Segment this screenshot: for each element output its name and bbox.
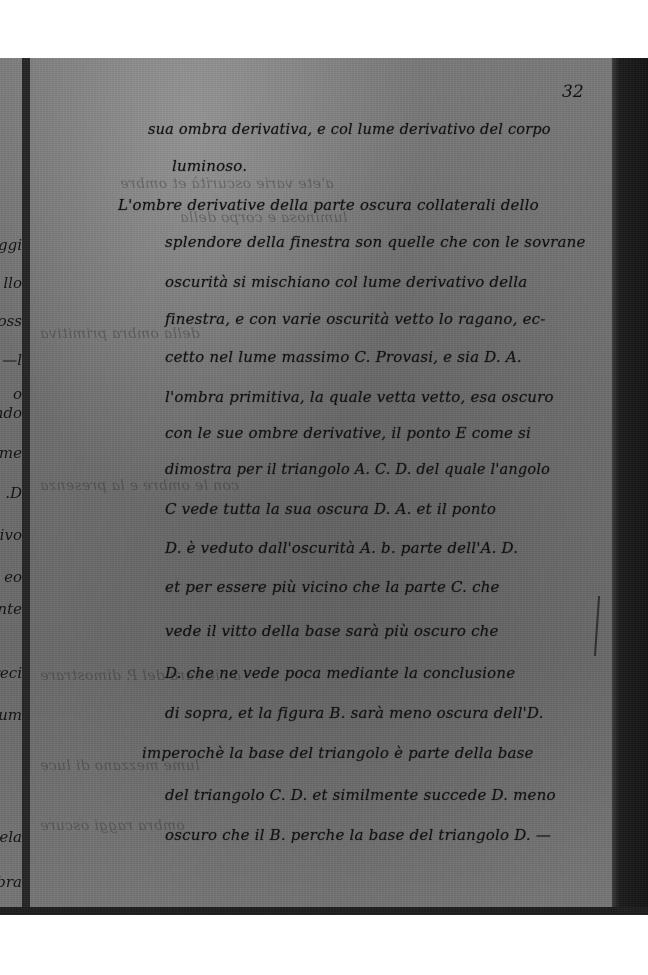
left-page-fragment: doss [0,312,22,330]
manuscript-scan: a'ete varie oscurità et ombre luminosa e… [0,58,648,915]
manuscript-line: sua ombra derivativa, e col lume derivat… [148,122,551,138]
left-page-fragment: D. [0,484,22,502]
manuscript-line: et per essere più vicino che la parte C.… [165,578,500,596]
manuscript-line: D. è veduto dall'oscurità A. b. parte de… [165,539,518,557]
left-page-fragment: ando [0,404,22,422]
manuscript-line: dimostra per il triangolo A. C. D. del q… [165,462,550,478]
bleed-through-text: con le ombre e la presenza [40,478,239,494]
manuscript-line: oscurità si mischiano col lume derivativ… [165,273,527,291]
left-page-fragment: nela [0,828,22,846]
manuscript-line: l'ombra primitiva, la quale vetta vetto,… [165,388,554,406]
left-page-fragment: llum [0,706,22,724]
manuscript-line: cetto nel lume massimo C. Provasi, e sia… [165,348,522,366]
bleed-through-text: della ombra primitiva [40,326,200,342]
scan-bottom-edge [0,907,648,915]
manuscript-line: vede il vitto della base sarà più oscuro… [165,622,499,640]
manuscript-line: imperochè la base del triangolo è parte … [142,744,534,762]
manuscript-line: splendore della finestra son quelle che … [165,233,586,251]
manuscript-line: luminoso. [172,157,247,175]
left-page-fragment: eo [0,568,22,586]
page-gutter-line [22,58,30,915]
manuscript-line: C vede tutta la sua oscura D. A. et il p… [165,500,496,518]
left-page-fragment: nbra [0,873,22,891]
manuscript-line: con le sue ombre derivative, il ponto E … [165,424,531,442]
manuscript-line: L'ombre derivative della parte oscura co… [118,196,539,214]
left-page-fragment: tivo [0,526,22,544]
left-page-fragment: reci [0,664,22,682]
bleed-through-text: a'ete varie oscurità et ombre [120,176,334,192]
left-page-fragment: nte. [0,600,22,618]
manuscript-line: oscuro che il B. perche la base del tria… [165,826,551,844]
bleed-through-text: ombra raggi oscure [40,818,185,834]
left-page-fragment: llo [0,274,22,292]
manuscript-line: di sopra, et la figura B. sarà meno oscu… [165,704,544,722]
binding-edge [612,58,648,915]
left-page-fragment: o [0,385,22,403]
manuscript-line: D. che ne vede poca mediante la conclusi… [165,664,515,682]
left-page-fragment: ume [0,444,22,462]
left-page-fragment: l— [0,351,22,369]
folio-number: 32 [562,82,584,102]
manuscript-line: finestra, e con varie oscurità vetto lo … [165,310,546,328]
margin-pen-stroke [594,596,600,656]
left-page-fragment: oggi [0,236,22,254]
manuscript-line: del triangolo C. D. et similmente succed… [165,786,556,804]
